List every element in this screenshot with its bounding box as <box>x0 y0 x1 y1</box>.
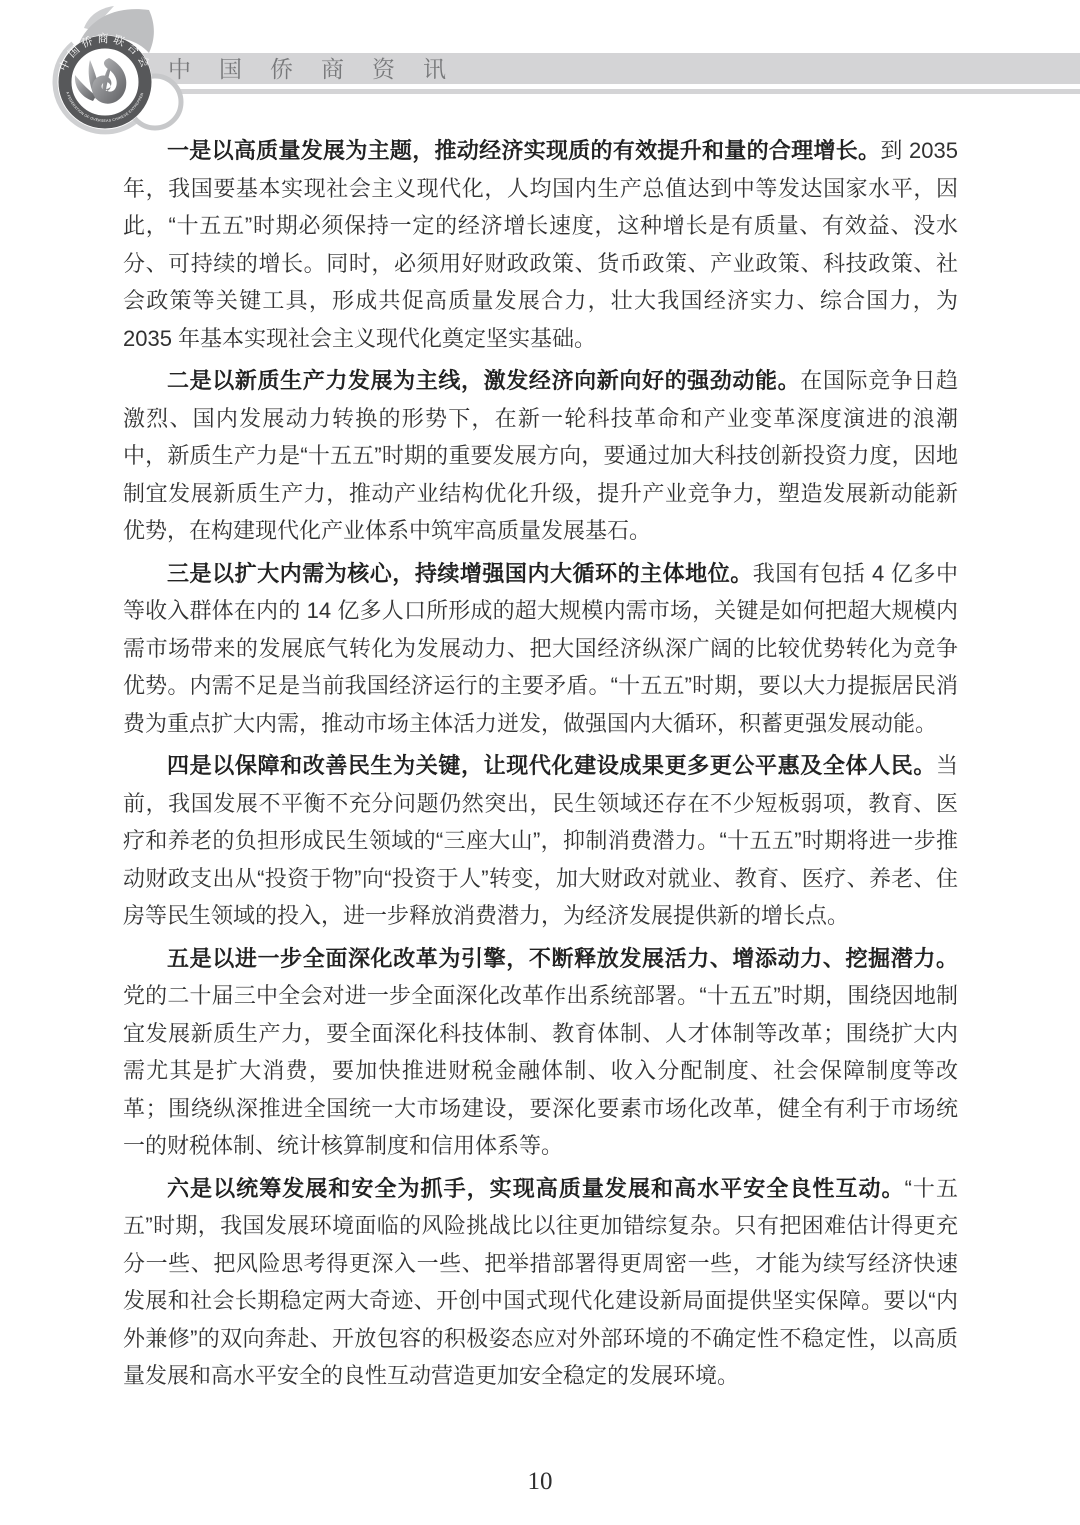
paragraph-6: 六是以统筹发展和安全为抓手，实现高质量发展和高水平安全良性互动。“十五五”时期，… <box>123 1170 958 1395</box>
paragraph-5-text: 党的二十届三中全会对进一步全面深化改革作出系统部署。“十五五”时期，围绕因地制宜… <box>123 983 958 1158</box>
paragraph-4-lead: 四是以保障和改善民生为关键，让现代化建设成果更多更公平惠及全体人民。 <box>167 753 936 778</box>
paragraph-2-text: 在国际竞争日趋激烈、国内发展动力转换的形势下，在新一轮科技革命和产业变革深度演进… <box>123 368 958 543</box>
paragraph-5: 五是以进一步全面深化改革为引擎，不断释放发展活力、增添动力、挖掘潜力。党的二十届… <box>123 940 958 1165</box>
paragraph-3-lead: 三是以扩大内需为核心，持续增强国内大循环的主体地位。 <box>167 561 753 586</box>
paragraph-6-lead: 六是以统筹发展和安全为抓手，实现高质量发展和高水平安全良性互动。 <box>167 1176 905 1201</box>
article-body: 一是以高质量发展为主题，推动经济实现质的有效提升和量的合理增长。到 2035 年… <box>123 132 958 1400</box>
paragraph-2-lead: 二是以新质生产力发展为主线，激发经济向新向好的强劲动能。 <box>167 368 800 393</box>
paragraph-3: 三是以扩大内需为核心，持续增强国内大循环的主体地位。我国有包括 4 亿多中等收入… <box>123 555 958 743</box>
paragraph-4: 四是以保障和改善民生为关键，让现代化建设成果更多更公平惠及全体人民。当前，我国发… <box>123 747 958 935</box>
paragraph-6-text: “十五五”时期，我国发展环境面临的风险挑战比以往更加错综复杂。只有把困难估计得更… <box>123 1176 958 1389</box>
paragraph-1-lead: 一是以高质量发展为主题，推动经济实现质的有效提升和量的合理增长。 <box>167 138 880 163</box>
page-number: 10 <box>0 1468 1080 1496</box>
paragraph-2: 二是以新质生产力发展为主线，激发经济向新向好的强劲动能。在国际竞争日趋激烈、国内… <box>123 362 958 550</box>
paragraph-1-text: 到 2035 年，我国要基本实现社会主义现代化，人均国内生产总值达到中等发达国家… <box>123 138 958 351</box>
document-page: 中国侨商资讯 中国侨商联合会 CHINA FEDERATION OF OVERS… <box>0 0 1080 1525</box>
paragraph-4-text: 当前，我国发展不平衡不充分问题仍然突出，民生领域还存在不少短板弱项，教育、医疗和… <box>123 753 958 928</box>
paragraph-5-lead: 五是以进一步全面深化改革为引擎，不断释放发展活力、增添动力、挖掘潜力。 <box>167 946 958 971</box>
header-title: 中国侨商资讯 <box>168 53 474 84</box>
paragraph-3-text: 我国有包括 4 亿多中等收入群体在内的 14 亿多人口所形成的超大规模内需市场，… <box>123 561 958 736</box>
paragraph-1: 一是以高质量发展为主题，推动经济实现质的有效提升和量的合理增长。到 2035 年… <box>123 132 958 357</box>
header-underline-bar <box>150 89 1080 94</box>
